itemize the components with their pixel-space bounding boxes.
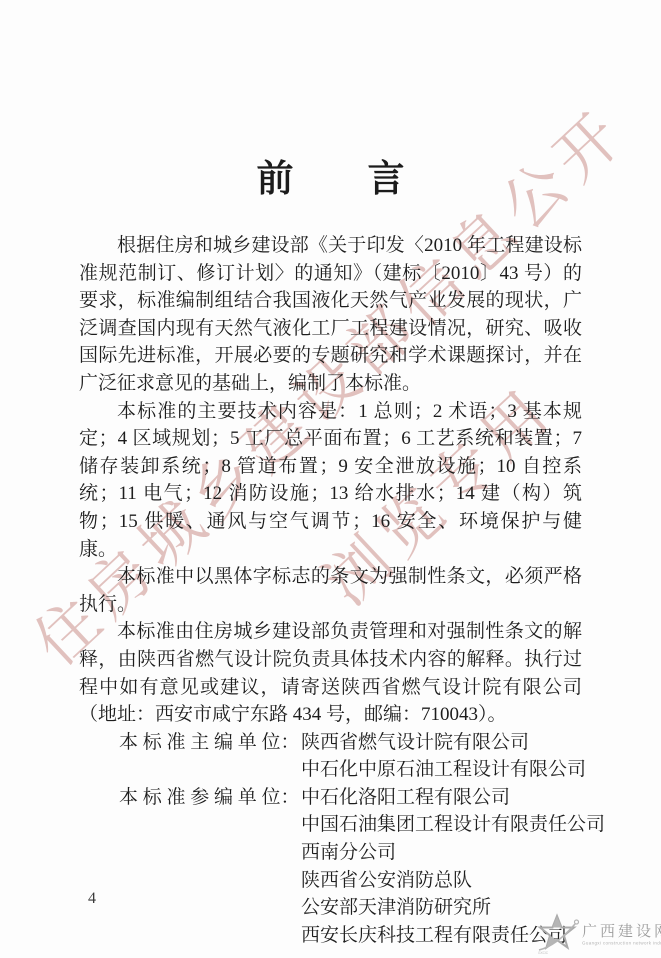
participating-editor-label: 本 标 准 参 编 单 位：: [119, 784, 301, 812]
unit-name: 陕西省公安消防总队: [301, 867, 605, 895]
chief-editor-units: 陕西省燃气设计院有限公司 中石化中原石油工程设计有限公司: [301, 729, 586, 784]
paragraph: 根据住房和城乡建设部《关于印发〈2010 年工程建设标准规范制订、修订计划〉的通…: [79, 232, 582, 398]
star-swoosh-icon: GXCIC: [534, 912, 580, 956]
site-logo: GXCIC 广西建设网 Guangxi construction network…: [534, 912, 660, 956]
unit-name: 中国石油集团工程设计有限责任公司: [301, 811, 605, 839]
svg-text:GXCIC: GXCIC: [538, 951, 549, 955]
participating-editor-row: 本 标 准 参 编 单 位： 中石化洛阳工程有限公司 中国石油集团工程设计有限责…: [119, 784, 582, 950]
document-page: 住房城乡建设部信息公开 浏览专用 前 言 根据住房和城乡建设部《关于印发〈201…: [0, 0, 661, 958]
paragraph: 本标准中以黑体字标志的条文为强制性条文，必须严格执行。: [79, 563, 582, 618]
unit-name: 西南分公司: [301, 839, 605, 867]
paragraph: 本标准的主要技术内容是：1 总则；2 术语；3 基本规定；4 区域规划；5 工厂…: [79, 398, 582, 564]
unit-name: 中石化中原石油工程设计有限公司: [301, 756, 586, 784]
site-name: 广西建设网: [582, 920, 661, 941]
body-text: 根据住房和城乡建设部《关于印发〈2010 年工程建设标准规范制订、修订计划〉的通…: [79, 232, 582, 949]
site-tagline: Guangxi construction network industry lt…: [582, 941, 661, 946]
unit-name: 中石化洛阳工程有限公司: [301, 784, 605, 812]
page-content: 前 言 根据住房和城乡建设部《关于印发〈2010 年工程建设标准规范制订、修订计…: [0, 0, 661, 949]
unit-name: 陕西省燃气设计院有限公司: [301, 729, 586, 757]
page-number: 4: [88, 890, 96, 908]
paragraph: 本标准由住房城乡建设部负责管理和对强制性条文的解释，由陕西省燃气设计院负责具体技…: [79, 618, 582, 728]
page-title: 前 言: [0, 0, 661, 202]
chief-editor-label: 本 标 准 主 编 单 位：: [119, 729, 301, 757]
editing-units: 本 标 准 主 编 单 位： 陕西省燃气设计院有限公司 中石化中原石油工程设计有…: [119, 729, 582, 950]
logo-text-column: 广西建设网 Guangxi construction network indus…: [582, 912, 661, 947]
chief-editor-row: 本 标 准 主 编 单 位： 陕西省燃气设计院有限公司 中石化中原石油工程设计有…: [119, 729, 582, 784]
